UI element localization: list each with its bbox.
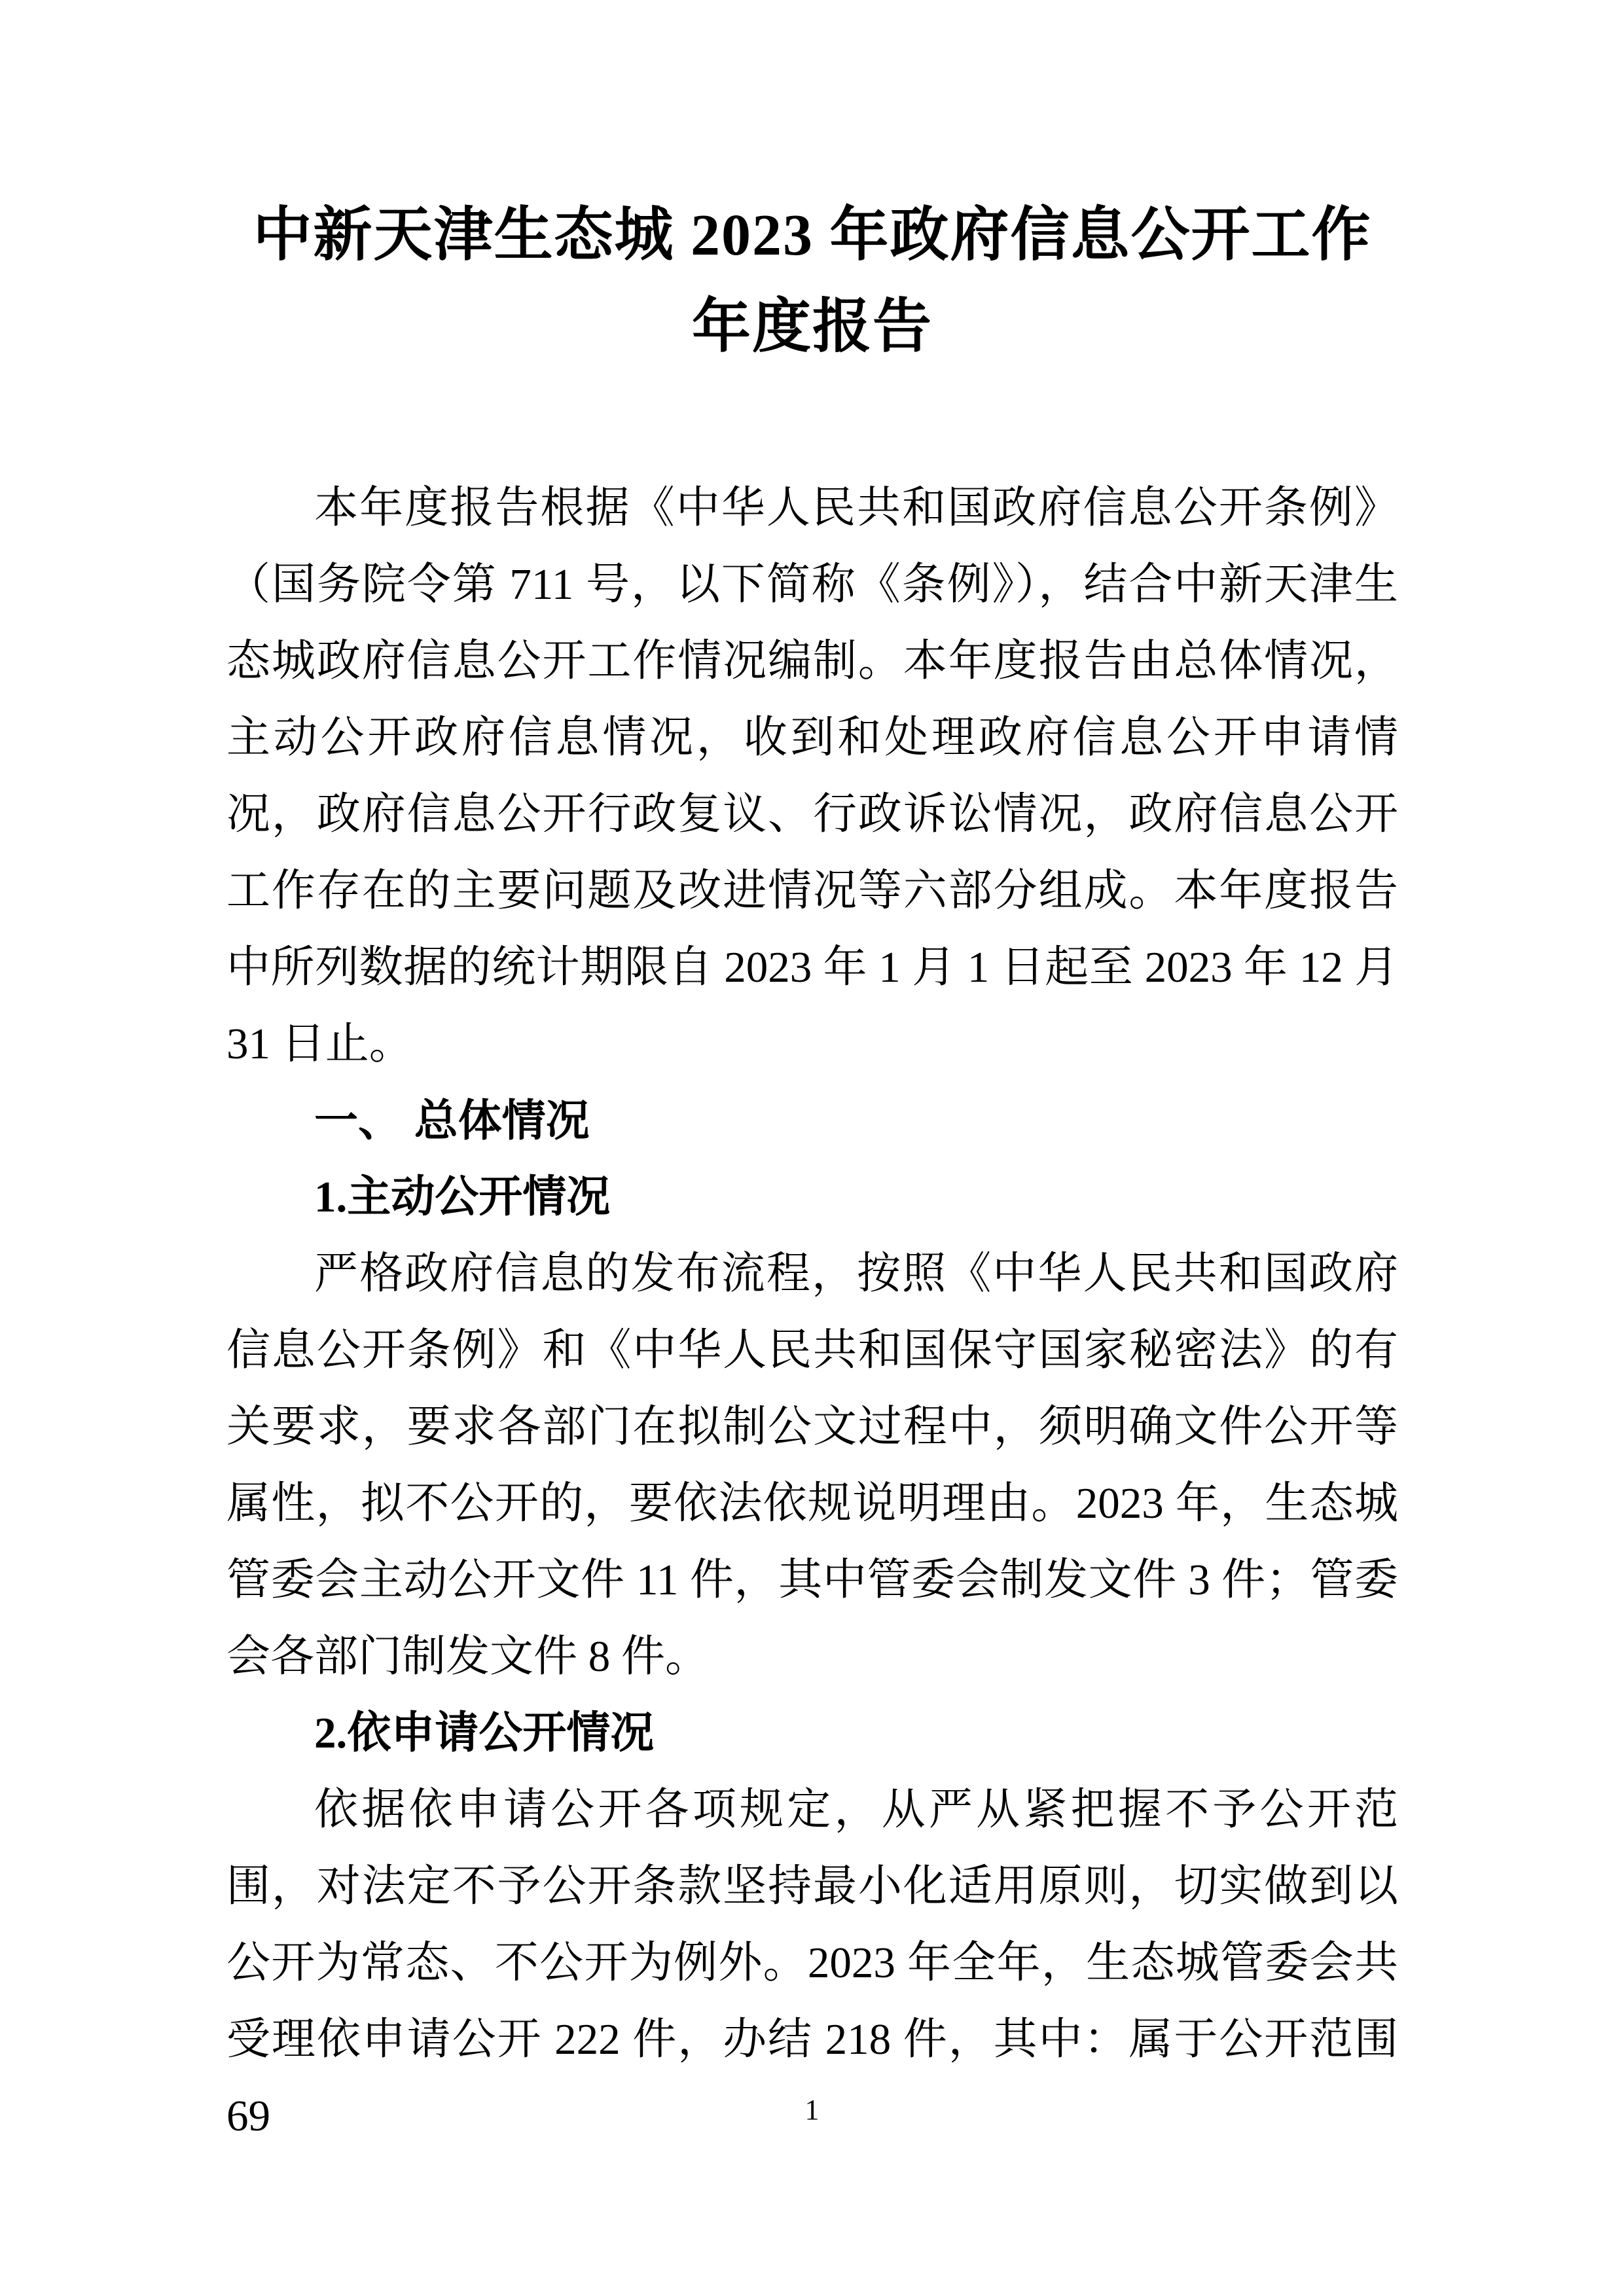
document-title-line1: 中新天津生态城 2023 年政府信息公开工作 bbox=[226, 190, 1398, 281]
section-heading-overall-situation: 一、 总体情况 bbox=[226, 1083, 1398, 1159]
document-page: 中新天津生态城 2023 年政府信息公开工作 年度报告 本年度报告根据《中华人民… bbox=[0, 0, 1624, 2296]
document-content: 中新天津生态城 2023 年政府信息公开工作 年度报告 本年度报告根据《中华人民… bbox=[226, 190, 1398, 2155]
page-number: 1 bbox=[0, 2092, 1624, 2128]
document-title: 中新天津生态城 2023 年政府信息公开工作 年度报告 bbox=[226, 190, 1398, 373]
subsection-heading-disclosure-upon-request: 2.依申请公开情况 bbox=[226, 1695, 1398, 1772]
paragraph-overview: 本年度报告根据《中华人民共和国政府信息公开条例》（国务院令第 711 号，以下简… bbox=[226, 470, 1398, 1083]
subsection-heading-proactive-disclosure: 1.主动公开情况 bbox=[226, 1159, 1398, 1236]
paragraph-proactive-disclosure: 严格政府信息的发布流程，按照《中华人民共和国政府信息公开条例》和《中华人民共和国… bbox=[226, 1236, 1398, 1695]
document-title-line2: 年度报告 bbox=[226, 281, 1398, 373]
